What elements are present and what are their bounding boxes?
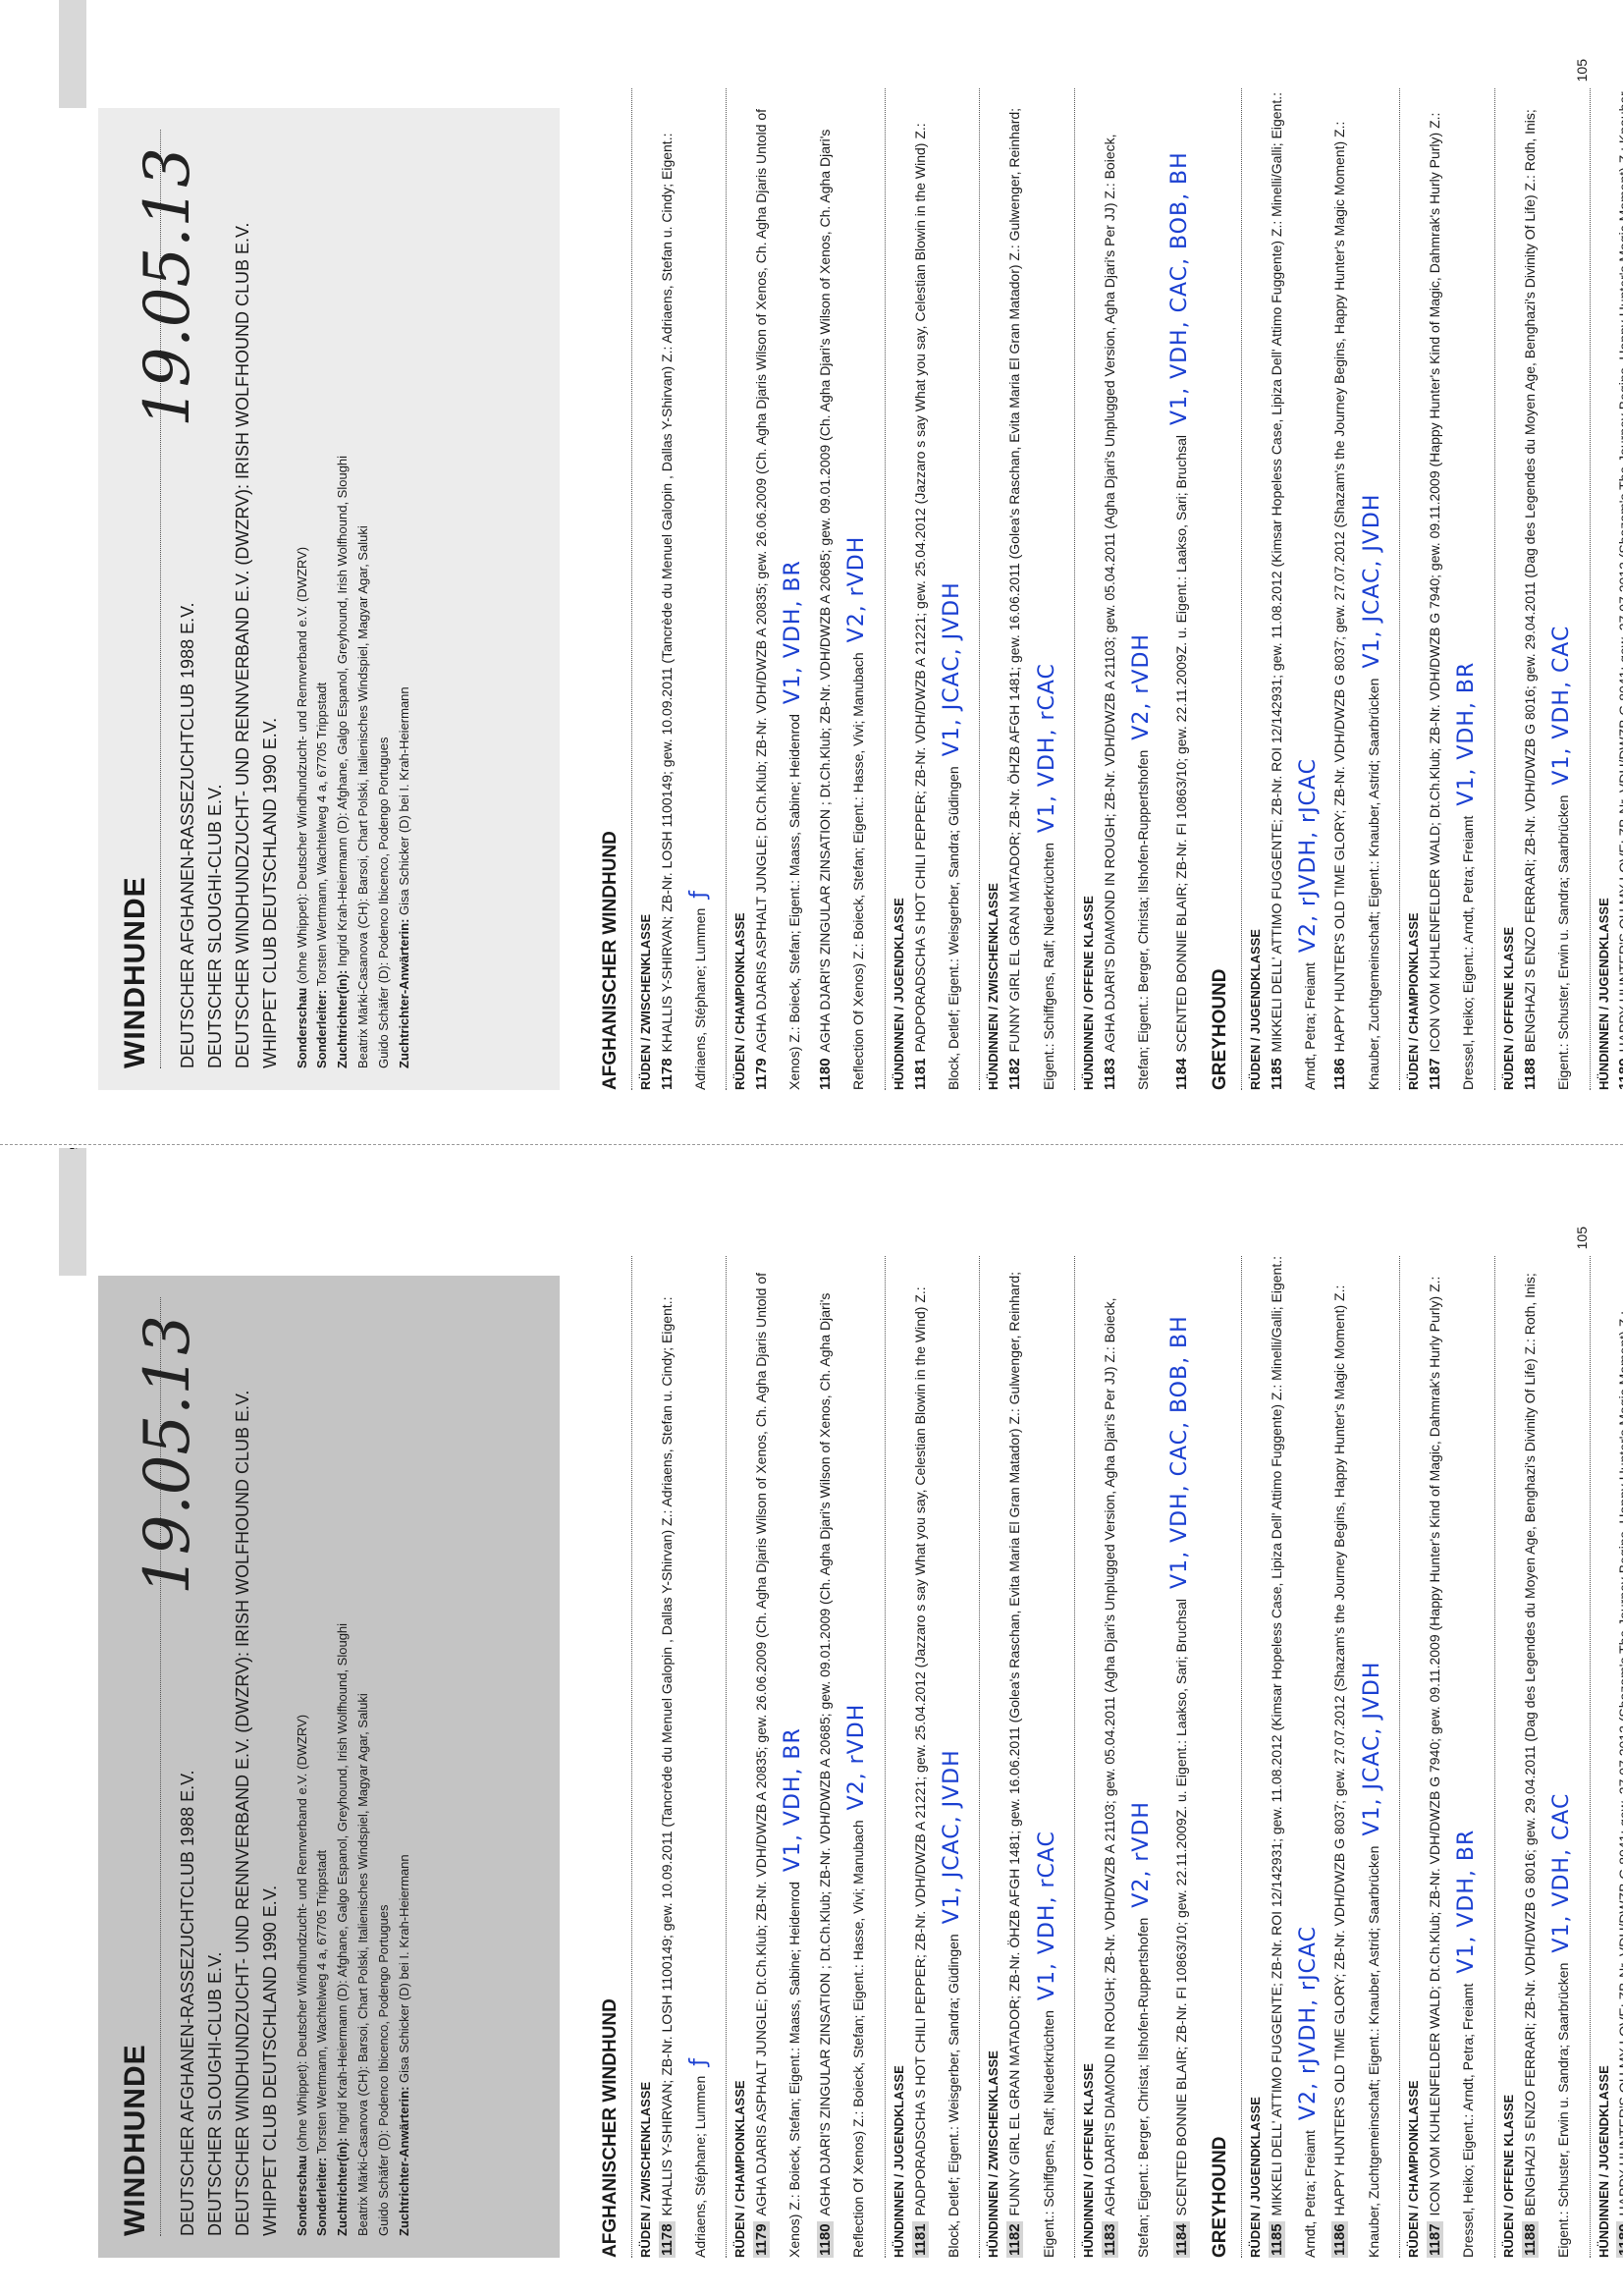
judge-text: Torsten Wertmann, Wachtelweg 4 a, 67705 … (314, 683, 329, 986)
judge-line: Sonderleiter: Torsten Wertmann, Wachtelw… (312, 130, 333, 1068)
scan-copy-top: SONNTAG WINDHUNDE 19.05.13 DEUTSCHER AFG… (0, 0, 1623, 1148)
judge-info: Sonderschau (ohne Whippet): Deutscher Wi… (293, 1297, 415, 2236)
judge-label: Zuchtrichter(in): (335, 2134, 350, 2236)
catalog-number: 1186 (1331, 1058, 1348, 1090)
catalog-entry: 1185MIKKELI DELL' ATTIMO FUGGENTE; ZB-Nr… (1265, 1256, 1328, 2258)
entry-text: HAPPY HUNTER'S OH MY LOVE; ZB-Nr. VDH/DW… (1616, 1311, 1623, 2258)
catalog-entry: 1187ICON VOM KUHLENFELDER WALD; Dt.Ch.Kl… (1423, 88, 1487, 1090)
page-number: 105 (1573, 59, 1591, 82)
catalog-number: 1181 (912, 1058, 929, 1090)
class-heading: RÜDEN / CHAMPIONKLASSE (726, 1256, 749, 2258)
catalog-entry: 1182FUNNY GIRL EL GRAN MATADOR; ZB-Nr. Ö… (1002, 1256, 1066, 2258)
entry-text: KHALLIS Y-SHIRVAN; ZB-Nr. LOSH 1100149; … (659, 1297, 708, 2258)
handwritten-grade: V1, VDH, BR (781, 560, 805, 704)
judge-info: Sonderschau (ohne Whippet): Deutscher Wi… (293, 130, 415, 1068)
handwritten-grade: V1, JCAC, JVDH (940, 1749, 964, 1924)
entry-text: BENGHAZI S ENZO FERRARI; ZB-Nr. VDH/DWZB… (1522, 1273, 1571, 2258)
class-heading: HÜNDINNEN / JUGENDKLASSE (1590, 1256, 1613, 2258)
class-heading: RÜDEN / OFFENE KLASSE (1494, 1256, 1518, 2258)
judge-text: Ingrid Krah-Heiermann (D): Afghane, Galg… (335, 456, 350, 966)
judge-line: Sonderschau (ohne Whippet): Deutscher Wi… (293, 130, 313, 1068)
judge-line: Guido Schäfer (D): Podenco Ibicenco, Pod… (374, 1297, 395, 2236)
fold-line (0, 1144, 1623, 1145)
catalog-entry: 1178KHALLIS Y-SHIRVAN; ZB-Nr. LOSH 11001… (655, 88, 719, 1090)
catalog-entry: 1181PADPORADSCHA S HOT CHILI PEPPER; ZB-… (908, 1256, 972, 2258)
handwritten-grade: ƒ (686, 890, 711, 899)
judge-label: Zuchtrichter-Anwärterin: (397, 2083, 411, 2236)
class-heading: RÜDEN / ZWISCHENKLASSE (631, 88, 655, 1090)
catalog-entry: 1178KHALLIS Y-SHIRVAN; ZB-Nr. LOSH 11001… (655, 1256, 719, 2258)
catalog-number: 1181 (912, 2221, 929, 2258)
class-heading: HÜNDINNEN / JUGENDKLASSE (1590, 88, 1613, 1090)
club-name: WHIPPET CLUB DEUTSCHLAND 1990 E.V. (257, 1297, 285, 2236)
handwritten-grade: V2, rVDH (844, 1704, 869, 1811)
page-number: 105 (1573, 1227, 1591, 1249)
handwritten-grade: V2, rVDH (1129, 1801, 1154, 1908)
catalog-entry: 1179AGHA DJARIS ASPHALT JUNGLE; Dt.Ch.Kl… (749, 88, 813, 1090)
judge-label: Sonderschau (295, 2152, 309, 2236)
handwritten-grade: ƒ (686, 2057, 711, 2066)
catalog-entry: 1179AGHA DJARIS ASPHALT JUNGLE; Dt.Ch.Kl… (749, 1256, 813, 2258)
breed-heading: GREYHOUND (1209, 88, 1233, 1090)
judge-text: Guido Schäfer (D): Podenco Ibicenco, Pod… (376, 1905, 391, 2237)
day-tab: SONNTAG (59, 0, 86, 108)
class-heading: HÜNDINNEN / OFFENE KLASSE (1074, 88, 1098, 1090)
entries-body: AFGHANISCHER WINDHUNDRÜDEN / ZWISCHENKLA… (589, 88, 1623, 1090)
catalog-number: 1179 (753, 1058, 770, 1090)
catalog-number: 1185 (1269, 1058, 1285, 1090)
judge-line: Beatrix Märki-Casanova (CH): Barsoi, Cha… (353, 1297, 374, 2236)
judge-text: (ohne Whippet): Deutscher Windhundzucht-… (295, 1715, 309, 2152)
catalog-entry: 1186HAPPY HUNTER'S OLD TIME GLORY; ZB-Nr… (1327, 1256, 1391, 2258)
handwritten-grade: V1, JCAC, JVDH (1360, 494, 1384, 669)
catalog-number: 1189 (1616, 2221, 1623, 2258)
handwritten-grade: V1, VDH, BR (781, 1727, 805, 1872)
catalog-entry: 1183AGHA DJARI'S DIAMOND IN ROUGH; ZB-Nr… (1098, 1256, 1162, 2258)
handwritten-grade: V1, VDH, rCAC (1035, 1831, 1059, 2000)
entry-text: SCENTED BONNIE BLAIR; ZB-Nr. FI 10863/10… (1173, 435, 1189, 1052)
handwritten-grade: V2, rJVDH, rJCAC (1296, 1926, 1321, 2120)
catalog-entry: 1183AGHA DJARI'S DIAMOND IN ROUGH; ZB-Nr… (1098, 88, 1162, 1090)
catalog-entry: 1188BENGHAZI S ENZO FERRARI; ZB-Nr. VDH/… (1518, 1256, 1582, 2258)
judge-text: Beatrix Märki-Casanova (CH): Barsoi, Cha… (355, 1693, 370, 2236)
entry-text: FUNNY GIRL EL GRAN MATADOR; ZB-Nr. ÖHZB … (1006, 108, 1055, 1090)
class-heading: HÜNDINNEN / JUGENDKLASSE (885, 1256, 908, 2258)
judge-text: Guido Schäfer (D): Podenco Ibicenco, Pod… (376, 738, 391, 1069)
catalog-number: 1184 (1173, 2221, 1190, 2258)
class-heading: HÜNDINNEN / OFFENE KLASSE (1074, 1256, 1098, 2258)
class-heading: RÜDEN / OFFENE KLASSE (1494, 88, 1518, 1090)
class-heading: HÜNDINNEN / ZWISCHENKLASSE (979, 88, 1002, 1090)
day-tab: SONNTAG (59, 1148, 86, 1276)
entry-text: KHALLIS Y-SHIRVAN; ZB-Nr. LOSH 1100149; … (659, 134, 708, 1090)
club-name: DEUTSCHER WINDHUNDZUCHT- UND RENNVERBAND… (230, 1297, 257, 2236)
judge-line: Zuchtrichter-Anwärterin: Gisa Schicker (… (395, 130, 415, 1068)
catalog-entry: 1180AGHA DJARI'S ZINGULAR ZINSATION ; Dt… (813, 1256, 877, 2258)
handwritten-grade: V1, VDH, CAC, BOB, BH (1167, 1315, 1192, 1589)
class-heading: HÜNDINNEN / ZWISCHENKLASSE (979, 1256, 1002, 2258)
entry-text: HAPPY HUNTER'S OH MY LOVE; ZB-Nr. VDH/DW… (1616, 88, 1623, 1090)
scan-copy-bottom: SONNTAG WINDHUNDE 19.05.13 DEUTSCHER AFG… (0, 1148, 1623, 2296)
handwritten-grade: V1, VDH, BR (1454, 1830, 1479, 1974)
handwritten-grade: V2, rVDH (844, 536, 869, 643)
catalog-entry: 1187ICON VOM KUHLENFELDER WALD; Dt.Ch.Kl… (1423, 1256, 1487, 2258)
judge-label: Sonderleiter: (314, 2154, 329, 2236)
catalog-number: 1189 (1616, 1058, 1623, 1090)
judge-line: Beatrix Märki-Casanova (CH): Barsoi, Cha… (353, 130, 374, 1068)
breed-heading: AFGHANISCHER WINDHUND (599, 1256, 623, 2258)
judge-line: Zuchtrichter-Anwärterin: Gisa Schicker (… (395, 1297, 415, 2236)
class-heading: RÜDEN / ZWISCHENKLASSE (631, 1256, 655, 2258)
class-heading: RÜDEN / CHAMPIONKLASSE (1399, 1256, 1423, 2258)
judge-text: Gisa Schicker (D) bei I. Krah-Heiermann (397, 686, 411, 915)
header-box: WINDHUNDE 19.05.13 DEUTSCHER AFGHANEN-RA… (98, 108, 560, 1090)
judge-text: Torsten Wertmann, Wachtelweg 4 a, 67705 … (314, 1850, 329, 2154)
handwritten-grade: V1, JCAC, JVDH (940, 581, 964, 756)
class-heading: RÜDEN / CHAMPIONKLASSE (1399, 88, 1423, 1090)
catalog-entry: 1184SCENTED BONNIE BLAIR; ZB-Nr. FI 1086… (1162, 1256, 1200, 2258)
catalog-entry: 1184SCENTED BONNIE BLAIR; ZB-Nr. FI 1086… (1162, 88, 1200, 1090)
judge-text: Gisa Schicker (D) bei I. Krah-Heiermann (397, 1854, 411, 2083)
handwritten-grade: V1, JCAC, JVDH (1360, 1662, 1384, 1836)
handwritten-grade: V2, rJVDH, rJCAC (1296, 758, 1321, 953)
header-box: WINDHUNDE 19.05.13 DEUTSCHER AFGHANEN-RA… (98, 1276, 560, 2258)
entry-text: SCENTED BONNIE BLAIR; ZB-Nr. FI 10863/10… (1173, 1599, 1189, 2215)
catalog-entry: 1185MIKKELI DELL' ATTIMO FUGGENTE; ZB-Nr… (1265, 88, 1328, 1090)
entry-text: ICON VOM KUHLENFELDER WALD; Dt.Ch.Klub; … (1427, 113, 1476, 1090)
judge-label: Zuchtrichter-Anwärterin: (397, 915, 411, 1068)
class-heading: RÜDEN / CHAMPIONKLASSE (726, 88, 749, 1090)
judge-line: Zuchtrichter(in): Ingrid Krah-Heiermann … (333, 1297, 353, 2236)
handwritten-grade: V1, VDH, BR (1454, 662, 1479, 806)
entry-text: BENGHAZI S ENZO FERRARI; ZB-Nr. VDH/DWZB… (1522, 109, 1571, 1090)
catalog-number: 1186 (1331, 2221, 1348, 2258)
class-heading: HÜNDINNEN / JUGENDKLASSE (885, 88, 908, 1090)
judge-text: Ingrid Krah-Heiermann (D): Afghane, Galg… (335, 1623, 350, 2134)
judge-label: Sonderschau (295, 984, 309, 1068)
judge-text: Beatrix Märki-Casanova (CH): Barsoi, Cha… (355, 525, 370, 1068)
entries-body: AFGHANISCHER WINDHUNDRÜDEN / ZWISCHENKLA… (589, 1256, 1623, 2258)
judge-line: Sonderschau (ohne Whippet): Deutscher Wi… (293, 1297, 313, 2236)
catalog-entry: 1180AGHA DJARI'S ZINGULAR ZINSATION ; Dt… (813, 88, 877, 1090)
entry-text: FUNNY GIRL EL GRAN MATADOR; ZB-Nr. ÖHZB … (1006, 1272, 1055, 2258)
catalog-number: 1180 (817, 1058, 834, 1090)
entry-text: AGHA DJARI'S DIAMOND IN ROUGH; ZB-Nr. VD… (1102, 1297, 1151, 2258)
judge-line: Zuchtrichter(in): Ingrid Krah-Heiermann … (333, 130, 353, 1068)
catalog-number: 1179 (753, 2221, 770, 2258)
catalog-number: 1185 (1269, 2221, 1285, 2258)
club-name: WHIPPET CLUB DEUTSCHLAND 1990 E.V. (257, 130, 285, 1068)
judge-label: Sonderleiter: (314, 986, 329, 1068)
catalog-page: SONNTAG WINDHUNDE 19.05.13 DEUTSCHER AFG… (59, 39, 1610, 1100)
class-heading: RÜDEN / JUGENDKLASSE (1241, 1256, 1265, 2258)
judge-line: Guido Schäfer (D): Podenco Ibicenco, Pod… (374, 130, 395, 1068)
entry-text: AGHA DJARI'S DIAMOND IN ROUGH; ZB-Nr. VD… (1102, 134, 1151, 1090)
catalog-number: 1178 (659, 1058, 676, 1090)
breed-heading: AFGHANISCHER WINDHUND (599, 88, 623, 1090)
judge-line: Sonderleiter: Torsten Wertmann, Wachtelw… (312, 1297, 333, 2236)
catalog-number: 1182 (1006, 1058, 1023, 1090)
catalog-entry: 1188BENGHAZI S ENZO FERRARI; ZB-Nr. VDH/… (1518, 88, 1582, 1090)
catalog-number: 1180 (817, 2221, 834, 2258)
entry-text: ICON VOM KUHLENFELDER WALD; Dt.Ch.Klub; … (1427, 1277, 1476, 2258)
handwritten-grade: V1, VDH, CAC, BOB, BH (1167, 151, 1192, 425)
catalog-number: 1184 (1173, 1058, 1190, 1090)
catalog-number: 1187 (1427, 2221, 1443, 2258)
handwritten-date: 19.05.13 (128, 1315, 209, 1595)
judge-label: Zuchtrichter(in): (335, 966, 350, 1068)
club-name: DEUTSCHER WINDHUNDZUCHT- UND RENNVERBAND… (230, 130, 257, 1068)
judge-text: (ohne Whippet): Deutscher Windhundzucht-… (295, 547, 309, 984)
class-heading: RÜDEN / JUGENDKLASSE (1241, 88, 1265, 1090)
breed-heading: GREYHOUND (1209, 1256, 1233, 2258)
handwritten-date: 19.05.13 (128, 147, 209, 427)
catalog-number: 1182 (1006, 2221, 1023, 2258)
catalog-number: 1188 (1522, 2221, 1539, 2258)
catalog-page: SONNTAG WINDHUNDE 19.05.13 DEUTSCHER AFG… (59, 1207, 1610, 2268)
catalog-entry: 1182FUNNY GIRL EL GRAN MATADOR; ZB-Nr. Ö… (1002, 88, 1066, 1090)
handwritten-grade: V2, rVDH (1129, 633, 1154, 740)
catalog-number: 1183 (1102, 1058, 1118, 1090)
catalog-entry: 1181PADPORADSCHA S HOT CHILI PEPPER; ZB-… (908, 88, 972, 1090)
catalog-entry: 1189HAPPY HUNTER'S OH MY LOVE; ZB-Nr. VD… (1612, 88, 1623, 1090)
handwritten-grade: V1, VDH, CAC (1549, 626, 1574, 786)
catalog-number: 1187 (1427, 1058, 1443, 1090)
catalog-entry: 1189HAPPY HUNTER'S OH MY LOVE; ZB-Nr. VD… (1612, 1256, 1623, 2258)
catalog-number: 1188 (1522, 1058, 1539, 1090)
handwritten-grade: V1, VDH, CAC (1549, 1793, 1574, 1953)
catalog-entry: 1186HAPPY HUNTER'S OLD TIME GLORY; ZB-Nr… (1327, 88, 1391, 1090)
catalog-number: 1178 (659, 2221, 676, 2258)
catalog-number: 1183 (1102, 2221, 1118, 2258)
handwritten-grade: V1, VDH, rCAC (1035, 663, 1059, 833)
